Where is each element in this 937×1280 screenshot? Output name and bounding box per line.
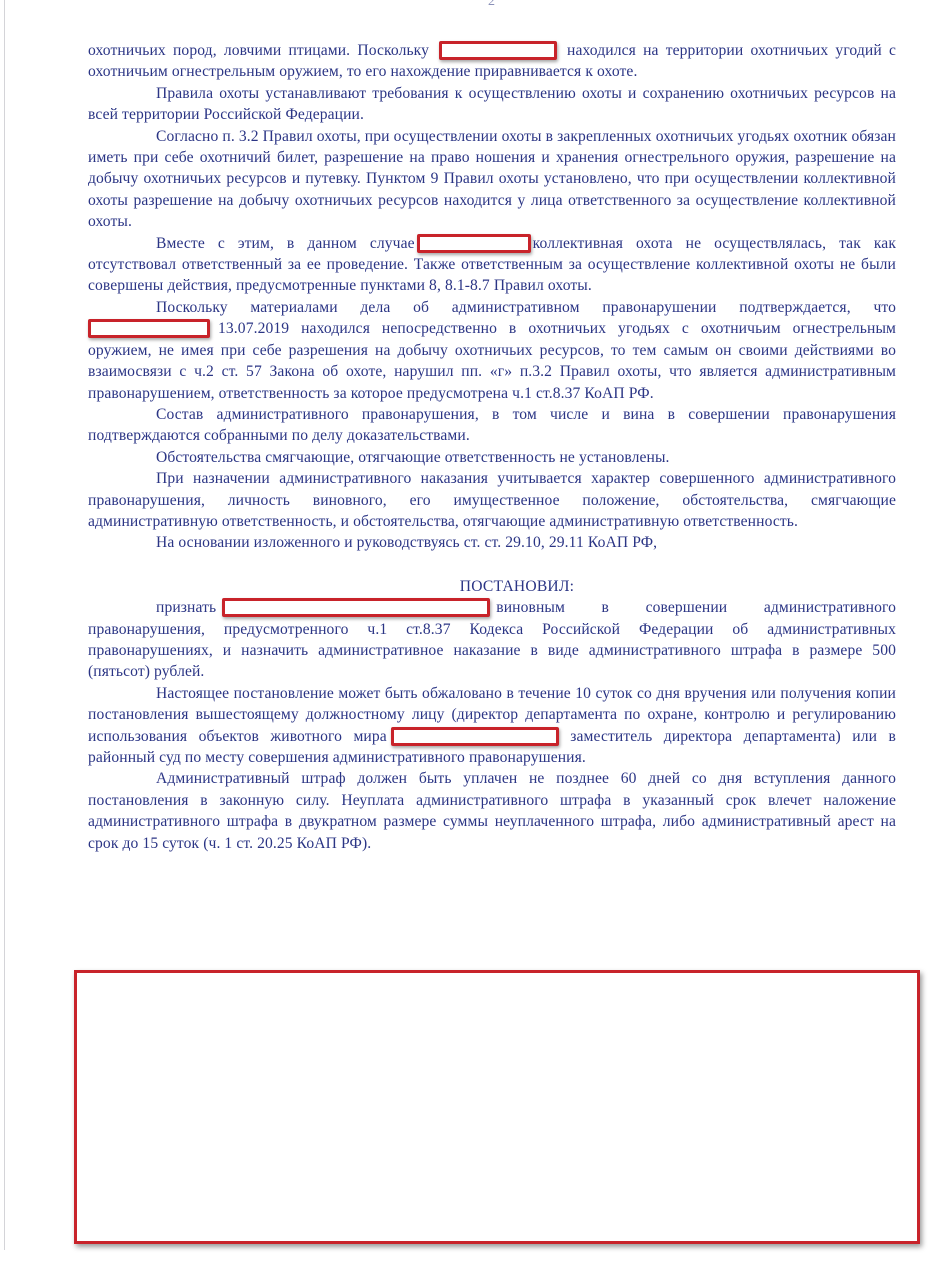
- paragraph-rules-3-2: Согласно п. 3.2 Правил охоты, при осущес…: [88, 126, 896, 233]
- paragraph-violation: Поскольку материалами дела об администра…: [88, 297, 896, 404]
- paragraph-penalty-considerations: При назначении административного наказан…: [88, 468, 896, 532]
- paragraph-collective-hunt: Вместе с этим, в данном случаеколлективн…: [88, 233, 896, 297]
- scan-edge-line: [4, 0, 5, 1250]
- paragraph-circumstances: Обстоятельства смягчающие, отягчающие от…: [88, 447, 896, 468]
- document-body: охотничьих пород, ловчими птицами. Поско…: [88, 40, 896, 854]
- paragraph-hunting-rules: Правила охоты устанавливают требования к…: [88, 83, 896, 126]
- paragraph-evidence: Состав административного правонарушения,…: [88, 404, 896, 447]
- redaction-box-signature-block: [74, 970, 920, 1244]
- resolution-heading: ПОСТАНОВИЛ:: [88, 576, 896, 597]
- paragraph-verdict: признатьвиновным в совершении администра…: [88, 597, 896, 683]
- redaction-box-name: [417, 234, 531, 253]
- paragraph-fine-payment: Административный штраф должен быть уплач…: [88, 768, 896, 854]
- redaction-box-name: [88, 319, 210, 338]
- paragraph-hunting-presence: охотничьих пород, ловчими птицами. Поско…: [88, 40, 896, 83]
- redaction-box-name: [439, 41, 557, 60]
- paragraph-legal-basis: На основании изложенного и руководствуяс…: [88, 532, 896, 553]
- redaction-box-name: [222, 598, 490, 617]
- page-number: 2: [488, 0, 495, 10]
- paragraph-appeal: Настоящее постановление может быть обжал…: [88, 683, 896, 769]
- redaction-box-region: [391, 727, 559, 746]
